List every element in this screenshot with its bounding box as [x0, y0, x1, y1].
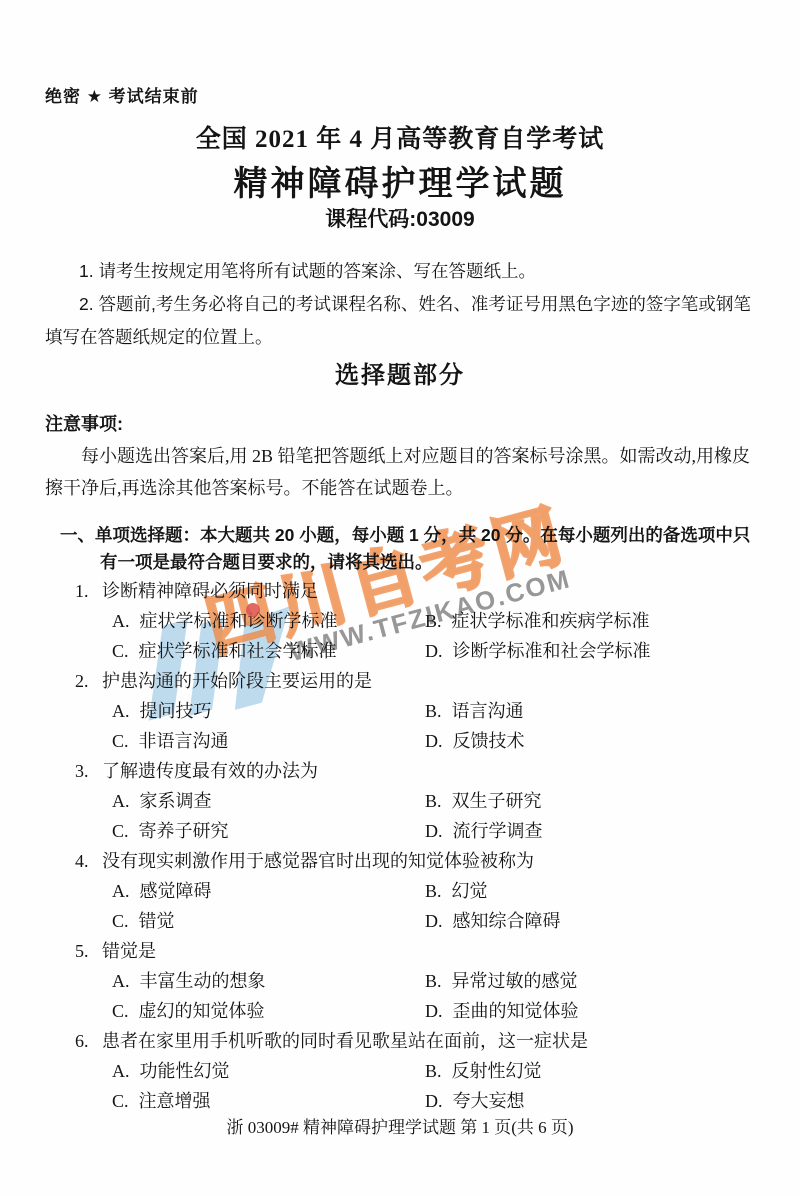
option-text: 夸大妄想: [453, 1086, 525, 1116]
option-letter: C.: [112, 906, 129, 936]
question-number: 3.: [75, 756, 102, 786]
option-letter: D.: [425, 726, 443, 756]
question-item-5: 5.错觉是 A.丰富生动的想象 B.异常过敏的感觉 C.虚幻的知觉体验 D.歪曲…: [45, 936, 755, 1026]
option-d: D.感知综合障碍: [425, 906, 561, 936]
question-stem: 6.患者在家里用手机听歌的同时看见歌星站在面前，这一症状是: [45, 1026, 755, 1056]
option-b: B.幻觉: [425, 876, 488, 906]
question-item-4: 4.没有现实刺激作用于感觉器官时出现的知觉体验被称为 A.感觉障碍 B.幻觉 C…: [45, 846, 755, 936]
question-stem-text: 诊断精神障碍必须同时满足: [102, 581, 318, 601]
instruction-number: 1.: [79, 261, 94, 281]
option-letter: D.: [425, 816, 443, 846]
option-row: C.注意增强 D.夸大妄想: [45, 1086, 755, 1116]
option-text: 流行学调查: [453, 816, 543, 846]
option-letter: B.: [425, 606, 442, 636]
instruction-number: 2.: [79, 294, 94, 314]
option-b: B.反射性幻觉: [425, 1056, 542, 1086]
option-letter: A.: [112, 876, 130, 906]
option-d: D.反馈技术: [425, 726, 525, 756]
option-text: 家系调查: [140, 786, 212, 816]
question-stem: 3.了解遗传度最有效的办法为: [45, 756, 755, 786]
option-b: B.异常过敏的感觉: [425, 966, 578, 996]
instruction-item-1: 1. 请考生按规定用笔将所有试题的答案涂、写在答题纸上。: [45, 255, 755, 288]
option-letter: C.: [112, 996, 129, 1026]
option-text: 症状学标准和社会学标准: [139, 636, 337, 666]
option-row: A.症状学标准和诊断学标准 B.症状学标准和疾病学标准: [45, 606, 755, 636]
question-item-1: 1.诊断精神障碍必须同时满足 A.症状学标准和诊断学标准 B.症状学标准和疾病学…: [45, 576, 755, 666]
option-text: 异常过敏的感觉: [452, 966, 578, 996]
option-text: 感知综合障碍: [453, 906, 561, 936]
option-letter: C.: [112, 636, 129, 666]
option-c: C.非语言沟通: [112, 726, 425, 756]
option-text: 非语言沟通: [139, 726, 229, 756]
option-text: 虚幻的知觉体验: [139, 996, 265, 1026]
question-number: 2.: [75, 666, 102, 696]
option-c: C.错觉: [112, 906, 425, 936]
option-row: A.家系调查 B.双生子研究: [45, 786, 755, 816]
question-number: 4.: [75, 846, 102, 876]
question-stem: 2.护患沟通的开始阶段主要运用的是: [45, 666, 755, 696]
option-row: C.错觉 D.感知综合障碍: [45, 906, 755, 936]
option-letter: D.: [425, 636, 443, 666]
option-d: D.流行学调查: [425, 816, 543, 846]
option-letter: B.: [425, 786, 442, 816]
exam-session-title: 全国 2021 年 4 月高等教育自学考试: [45, 122, 755, 158]
option-row: A.丰富生动的想象 B.异常过敏的感觉: [45, 966, 755, 996]
instruction-item-2: 2. 答题前,考生务必将自己的考试课程名称、姓名、准考证号用黑色字迹的签字笔或钢…: [45, 288, 755, 354]
instruction-text: 答题前,考生务必将自己的考试课程名称、姓名、准考证号用黑色字迹的签字笔或钢笔填写…: [45, 294, 751, 347]
question-stem: 4.没有现实刺激作用于感觉器官时出现的知觉体验被称为: [45, 846, 755, 876]
option-text: 症状学标准和诊断学标准: [140, 606, 338, 636]
option-letter: C.: [112, 816, 129, 846]
option-letter: D.: [425, 996, 443, 1026]
question-item-6: 6.患者在家里用手机听歌的同时看见歌星站在面前，这一症状是 A.功能性幻觉 B.…: [45, 1026, 755, 1116]
option-d: D.诊断学标准和社会学标准: [425, 636, 651, 666]
question-stem-text: 了解遗传度最有效的办法为: [102, 761, 318, 781]
question-stem-text: 护患沟通的开始阶段主要运用的是: [102, 671, 372, 691]
section-title: 选择题部分: [45, 360, 755, 392]
exam-paper-page: 四川自考网 WWW.TFZIKAO.COM 绝密 ★ 考试结束前 全国 2021…: [0, 0, 800, 1196]
notice-heading: 注意事项:: [45, 412, 755, 436]
option-letter: A.: [112, 1056, 130, 1086]
option-a: A.功能性幻觉: [112, 1056, 425, 1086]
page-content: 绝密 ★ 考试结束前 全国 2021 年 4 月高等教育自学考试 精神障碍护理学…: [0, 0, 800, 1196]
option-row: C.非语言沟通 D.反馈技术: [45, 726, 755, 756]
secrecy-notice: 绝密 ★ 考试结束前: [45, 86, 755, 108]
page-footer: 浙 03009# 精神障碍护理学试题 第 1 页(共 6 页): [0, 1116, 800, 1140]
option-text: 幻觉: [452, 876, 488, 906]
option-text: 寄养子研究: [139, 816, 229, 846]
question-item-3: 3.了解遗传度最有效的办法为 A.家系调查 B.双生子研究 C.寄养子研究 D.…: [45, 756, 755, 846]
option-row: A.提问技巧 B.语言沟通: [45, 696, 755, 726]
option-a: A.丰富生动的想象: [112, 966, 425, 996]
option-text: 语言沟通: [452, 696, 524, 726]
option-b: B.症状学标准和疾病学标准: [425, 606, 650, 636]
exam-subject-title: 精神障碍护理学试题: [45, 162, 755, 206]
general-instructions: 1. 请考生按规定用笔将所有试题的答案涂、写在答题纸上。 2. 答题前,考生务必…: [45, 255, 755, 354]
option-row: A.感觉障碍 B.幻觉: [45, 876, 755, 906]
option-letter: A.: [112, 606, 130, 636]
option-text: 双生子研究: [452, 786, 542, 816]
option-letter: A.: [112, 786, 130, 816]
option-a: A.提问技巧: [112, 696, 425, 726]
option-row: C.虚幻的知觉体验 D.歪曲的知觉体验: [45, 996, 755, 1026]
option-letter: B.: [425, 1056, 442, 1086]
question-item-2: 2.护患沟通的开始阶段主要运用的是 A.提问技巧 B.语言沟通 C.非语言沟通 …: [45, 666, 755, 756]
question-stem: 5.错觉是: [45, 936, 755, 966]
course-code: 课程代码:03009: [45, 206, 755, 234]
notice-body: 每小题选出答案后,用 2B 铅笔把答题纸上对应题目的答案标号涂黑。如需改动,用橡…: [45, 440, 755, 504]
question-number: 1.: [75, 576, 102, 606]
question-stem-text: 没有现实刺激作用于感觉器官时出现的知觉体验被称为: [102, 851, 534, 871]
option-row: C.症状学标准和社会学标准 D.诊断学标准和社会学标准: [45, 636, 755, 666]
option-d: D.歪曲的知觉体验: [425, 996, 579, 1026]
option-letter: A.: [112, 966, 130, 996]
option-text: 注意增强: [139, 1086, 211, 1116]
option-c: C.注意增强: [112, 1086, 425, 1116]
question-number: 5.: [75, 936, 102, 966]
option-text: 症状学标准和疾病学标准: [452, 606, 650, 636]
option-text: 诊断学标准和社会学标准: [453, 636, 651, 666]
question-number: 6.: [75, 1026, 102, 1056]
option-letter: B.: [425, 696, 442, 726]
option-c: C.寄养子研究: [112, 816, 425, 846]
option-d: D.夸大妄想: [425, 1086, 525, 1116]
option-b: B.语言沟通: [425, 696, 524, 726]
option-text: 反馈技术: [453, 726, 525, 756]
option-c: C.症状学标准和社会学标准: [112, 636, 425, 666]
option-row: A.功能性幻觉 B.反射性幻觉: [45, 1056, 755, 1086]
option-row: C.寄养子研究 D.流行学调查: [45, 816, 755, 846]
option-text: 丰富生动的想象: [140, 966, 266, 996]
option-letter: B.: [425, 966, 442, 996]
option-c: C.虚幻的知觉体验: [112, 996, 425, 1026]
question-stem-text: 错觉是: [102, 941, 156, 961]
option-letter: C.: [112, 1086, 129, 1116]
option-letter: D.: [425, 906, 443, 936]
option-letter: B.: [425, 876, 442, 906]
option-a: A.症状学标准和诊断学标准: [112, 606, 425, 636]
option-text: 错觉: [139, 906, 175, 936]
option-b: B.双生子研究: [425, 786, 542, 816]
instruction-text: 请考生按规定用笔将所有试题的答案涂、写在答题纸上。: [98, 261, 536, 281]
option-text: 功能性幻觉: [140, 1056, 230, 1086]
option-a: A.感觉障碍: [112, 876, 425, 906]
option-text: 反射性幻觉: [452, 1056, 542, 1086]
question-stem: 1.诊断精神障碍必须同时满足: [45, 576, 755, 606]
part-one-heading: 一、单项选择题：本大题共 20 小题，每小题 1 分，共 20 分。在每小题列出…: [45, 522, 755, 576]
option-text: 感觉障碍: [140, 876, 212, 906]
option-letter: D.: [425, 1086, 443, 1116]
option-letter: A.: [112, 696, 130, 726]
option-text: 歪曲的知觉体验: [453, 996, 579, 1026]
option-letter: C.: [112, 726, 129, 756]
question-stem-text: 患者在家里用手机听歌的同时看见歌星站在面前，这一症状是: [102, 1031, 588, 1051]
question-list: 1.诊断精神障碍必须同时满足 A.症状学标准和诊断学标准 B.症状学标准和疾病学…: [45, 576, 755, 1116]
option-text: 提问技巧: [140, 696, 212, 726]
option-a: A.家系调查: [112, 786, 425, 816]
